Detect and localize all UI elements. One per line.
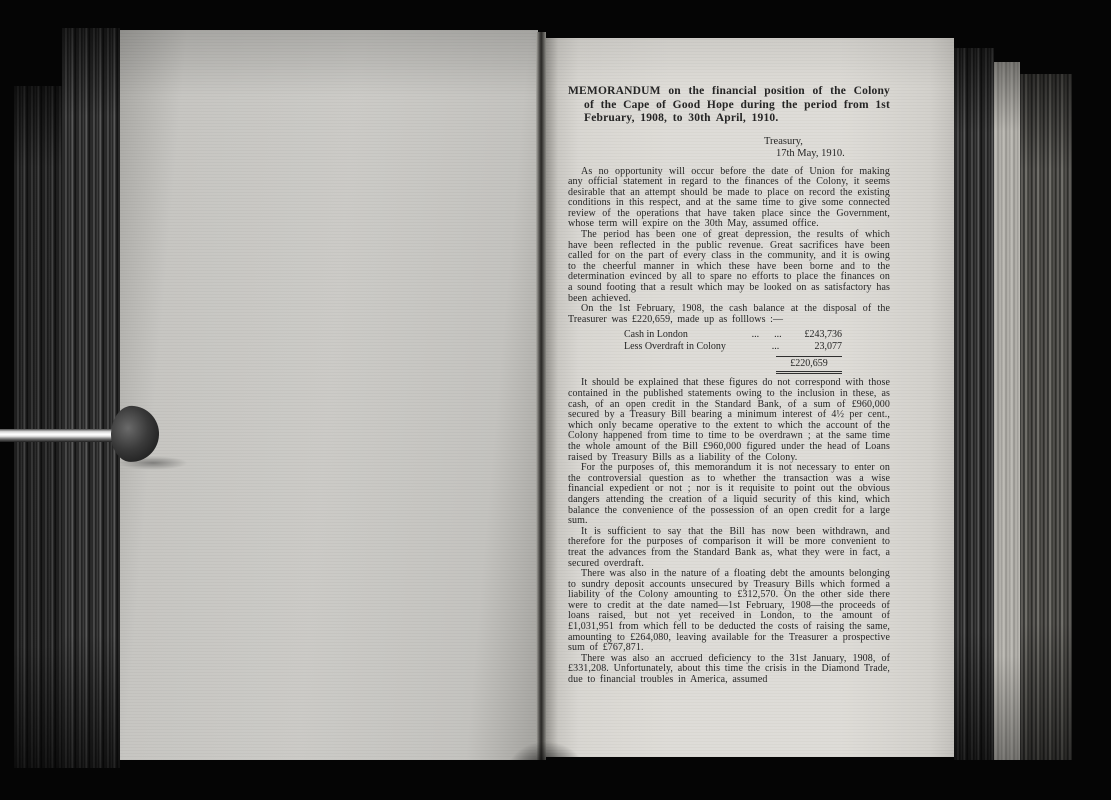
open-book-photograph: MEMORANDUM on the financial position of … [0, 0, 1111, 800]
table-row: Less Overdraft in Colony ... 23,077 [624, 341, 842, 353]
book-gutter [536, 32, 546, 760]
left-fore-edge-outer-pages [14, 86, 62, 768]
paragraph-depression: The period has been one of great depress… [568, 230, 890, 304]
table-total-row: £220,659 [624, 356, 842, 374]
table-row-leader-dots: ... ... [752, 329, 782, 341]
dateline-date: 17th May, 1910. [568, 148, 890, 160]
table-row-amount: £243,736 [782, 329, 842, 341]
paragraph-cash-balance-intro: On the 1st February, 1908, the cash bala… [568, 304, 890, 325]
right-fore-edge-inner-pages [954, 48, 994, 760]
right-fore-edge-outer-pages [1020, 74, 1072, 760]
memorandum-text-column: MEMORANDUM on the financial position of … [546, 38, 954, 757]
gutter-bottom-shadow [506, 742, 586, 776]
table-row-amount: 23,077 [779, 341, 842, 353]
right-fore-edge-light-band [994, 62, 1020, 760]
right-text-page: MEMORANDUM on the financial position of … [546, 38, 954, 757]
memorandum-heading: MEMORANDUM on the financial position of … [568, 85, 890, 126]
paragraph-controversial-question: For the purposes of, this memorandum it … [568, 463, 890, 527]
paragraph-standard-bank-credit: It should be explained that these figure… [568, 378, 890, 463]
paragraph-bill-withdrawn: It is sufficient to say that the Bill ha… [568, 527, 890, 569]
left-blank-page [120, 30, 538, 760]
table-row: Cash in London ... ... £243,736 [624, 329, 842, 341]
table-row-label: Cash in London [624, 329, 752, 341]
table-row-leader-dots: ... [757, 341, 780, 353]
paragraph-accrued-deficiency: There was also an accrued deficiency to … [568, 654, 890, 686]
cash-balance-table: Cash in London ... ... £243,736 Less Ove… [624, 329, 842, 374]
table-row-label: Less Overdraft in Colony [624, 341, 757, 353]
left-fore-edge-inner-pages [62, 28, 120, 768]
balance-total: £220,659 [776, 356, 842, 374]
paragraph-union-statement: As no opportunity will occur before the … [568, 167, 890, 231]
dateline-place: Treasury, [568, 136, 890, 148]
paragraph-floating-debt: There was also in the nature of a floati… [568, 569, 890, 654]
dateline: Treasury, 17th May, 1910. [568, 136, 890, 160]
